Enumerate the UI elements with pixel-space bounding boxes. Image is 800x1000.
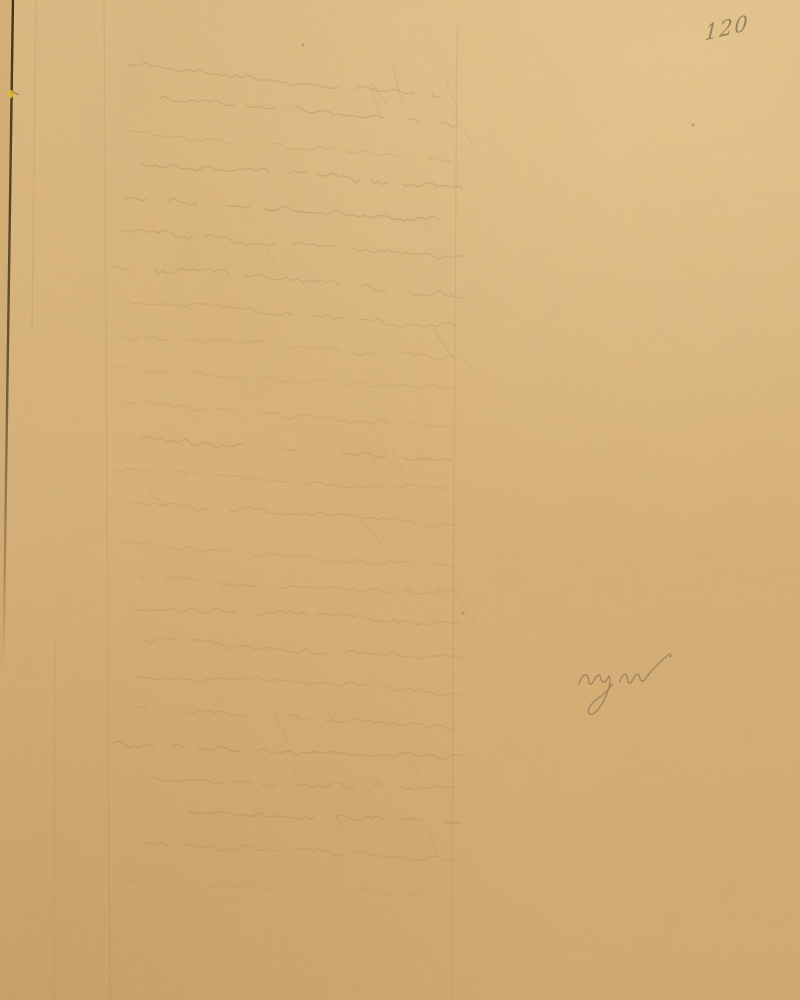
scan-artifacts: [0, 0, 800, 1000]
manuscript-page: 120: [0, 0, 800, 1000]
